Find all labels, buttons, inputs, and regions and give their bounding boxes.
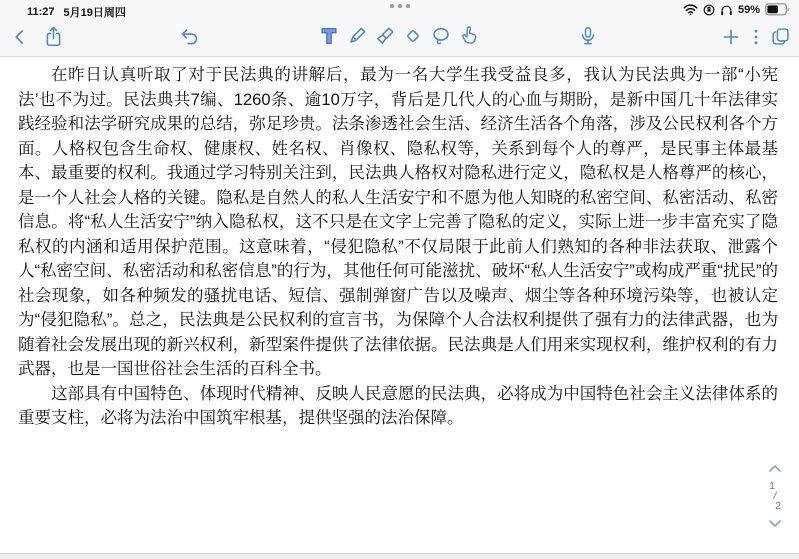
kebab-menu-icon [749, 27, 763, 47]
pencil-tool-icon [346, 35, 368, 50]
current-page: 1 [769, 481, 775, 491]
eraser-tool-button[interactable] [402, 25, 424, 50]
dictation-button[interactable] [578, 25, 598, 48]
marker-tool-icon [374, 35, 396, 50]
status-left: 11:27 5月19日周四 [27, 4, 126, 20]
pages-icon [770, 26, 791, 47]
multitask-dots-icon[interactable] [390, 4, 410, 8]
drawing-tools [318, 25, 480, 50]
document-canvas[interactable]: 在昨日认真听取了对于民法典的讲解后，最为一名大学生我受益良多，我认为民法典为一部… [0, 58, 799, 553]
eraser-tool-icon [402, 35, 424, 50]
back-chevron-icon [11, 28, 29, 46]
headphones-icon [720, 4, 733, 16]
page-navigator: 1 / 2 [762, 461, 788, 531]
page-bottom-edge [0, 553, 799, 559]
orientation-lock-icon [703, 4, 715, 16]
page-down-button[interactable] [768, 516, 782, 531]
battery-icon [765, 3, 790, 16]
add-page-button[interactable] [721, 27, 741, 47]
pointer-hand-tool-button[interactable] [458, 25, 480, 50]
total-pages: 2 [775, 501, 781, 511]
undo-button[interactable] [179, 28, 200, 47]
pencil-tool-button[interactable] [346, 25, 368, 50]
document-paragraph[interactable]: 这部具有中国特色、体现时代精神、反映人民意愿的民法典，必将成为中国特色社会主义法… [18, 382, 778, 431]
back-button[interactable] [11, 28, 29, 46]
status-right: 59% [683, 3, 790, 16]
marker-tool-button[interactable] [374, 25, 396, 50]
pointer-hand-tool-icon [458, 35, 480, 50]
page-up-button[interactable] [768, 461, 782, 476]
date-label: 5月19日周四 [64, 4, 126, 20]
text-tool-icon [318, 35, 340, 50]
document-paragraph[interactable]: 在昨日认真听取了对于民法典的讲解后，最为一名大学生我受益良多，我认为民法典为一部… [18, 63, 778, 382]
chevron-down-icon [768, 516, 782, 531]
wifi-icon [683, 4, 698, 16]
chevron-up-icon [768, 461, 782, 476]
top-bar: 11:27 5月19日周四 59% [0, 0, 799, 57]
clock: 11:27 [27, 6, 55, 18]
undo-icon [179, 28, 200, 47]
lasso-tool-icon [430, 35, 452, 50]
more-options-button[interactable] [749, 27, 763, 47]
page-indicator: 1 / 2 [772, 481, 778, 511]
lasso-tool-button[interactable] [430, 25, 452, 50]
share-button[interactable] [43, 25, 64, 48]
page-overview-button[interactable] [770, 26, 791, 47]
battery-percent: 59% [738, 4, 760, 16]
plus-icon [721, 27, 741, 47]
text-tool-button[interactable] [318, 25, 340, 50]
microphone-icon [578, 25, 598, 48]
share-icon [43, 25, 64, 48]
